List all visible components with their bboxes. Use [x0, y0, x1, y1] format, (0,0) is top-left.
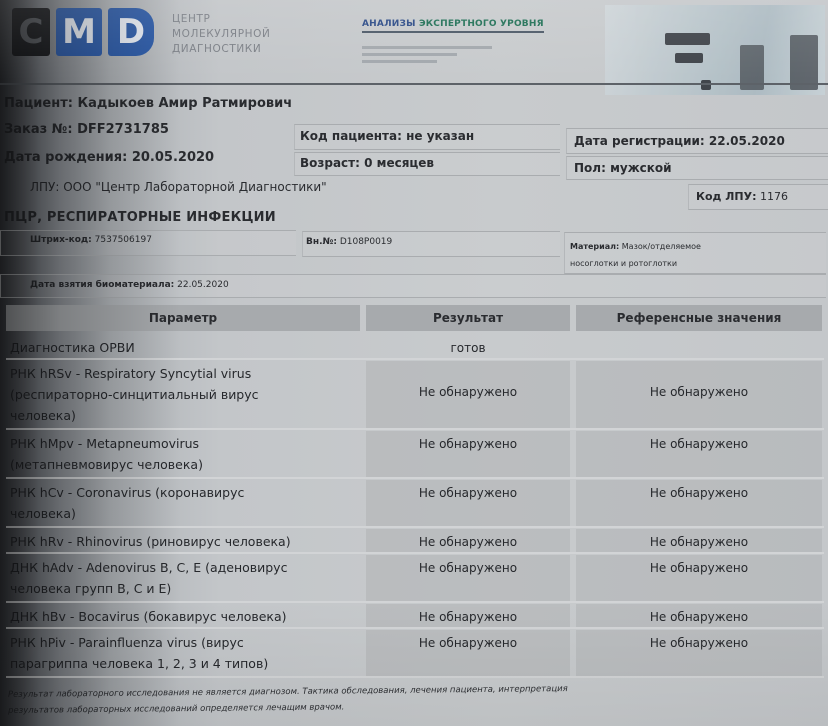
reference-cell: Не обнаружено — [576, 431, 822, 477]
sex-row: Пол: мужской — [574, 161, 672, 175]
reference-cell: Не обнаружено — [576, 604, 822, 627]
header-label: Референсные значения — [576, 305, 822, 331]
reference-cell: Не обнаружено — [576, 529, 822, 552]
contact-info-blurred — [362, 44, 492, 67]
lpu-label: ЛПУ: — [30, 180, 59, 194]
result-cell: Не обнаружено — [366, 630, 570, 676]
reference-cell: Не обнаружено — [576, 555, 822, 601]
material-label: Материал: — [570, 242, 619, 251]
table-row: РНК hRSv - Respiratory Syncytial virus(р… — [6, 361, 824, 428]
birth-date-label: Дата рождения: — [4, 150, 127, 165]
parameter-line: РНК hRSv - Respiratory Syncytial virus — [10, 363, 259, 384]
reference-cell: Не обнаружено — [576, 361, 822, 428]
result-cell: Не обнаружено — [366, 555, 570, 601]
reference-value: Не обнаружено — [576, 636, 822, 650]
parameter-cell: РНК hRSv - Respiratory Syncytial virus(р… — [6, 361, 360, 428]
reference-value: Не обнаружено — [576, 437, 822, 451]
parameter-name: Диагностика ОРВИ — [10, 337, 135, 358]
parameter-line: человека групп B, C и E) — [10, 578, 287, 599]
parameter-cell: Диагностика ОРВИ — [6, 335, 360, 358]
result-value: Не обнаружено — [366, 486, 570, 500]
table-header-parameter: Параметр — [6, 305, 360, 331]
parameter-cell: РНК hCv - Coronavirus (коронавирусчелове… — [6, 480, 360, 526]
parameter-name: РНК hRSv - Respiratory Syncytial virus(р… — [10, 363, 259, 426]
table-row: Диагностика ОРВИготов — [6, 335, 824, 358]
org-name-line: молекулярной — [172, 27, 270, 42]
parameter-name: РНК hPiv - Parainfluenza virus (вируспар… — [10, 632, 268, 674]
lpu-value: ООО "Центр Лабораторной Диагностики" — [63, 180, 326, 194]
parameter-cell: РНК hPiv - Parainfluenza virus (вируспар… — [6, 630, 360, 676]
internal-no-row: Вн.№: D108P0019 — [306, 237, 392, 247]
parameter-name: ДНК hAdv - Adenovirus B, C, E (аденовиру… — [10, 557, 287, 599]
parameter-line: Диагностика ОРВИ — [10, 337, 135, 358]
result-cell: Не обнаружено — [366, 480, 570, 526]
parameter-name: РНК hRv - Rhinovirus (риновирус человека… — [10, 531, 291, 552]
result-cell: готов — [366, 335, 570, 358]
parameter-line: человека) — [10, 405, 259, 426]
reference-cell: Не обнаружено — [576, 480, 822, 526]
sex-value: мужской — [610, 161, 671, 175]
material-row: Материал: Мазок/отделяемое носоглотки и … — [570, 238, 701, 272]
parameter-line: РНК hMpv - Metapneumovirus — [10, 433, 203, 454]
result-value: готов — [366, 341, 570, 355]
patient-code-label: Код пациента: — [300, 129, 402, 143]
table-row: ДНК hAdv - Adenovirus B, C, E (аденовиру… — [6, 555, 824, 601]
age-row: Возраст: 0 месяцев — [300, 156, 434, 170]
row-divider — [6, 552, 824, 554]
age-value: 0 месяцев — [364, 156, 434, 170]
result-cell: Не обнаружено — [366, 529, 570, 552]
patient-code-row: Код пациента: не указан — [300, 129, 474, 143]
disclaimer: Результат лабораторного исследования не … — [8, 681, 568, 719]
parameter-line: РНК hPiv - Parainfluenza virus (вирус — [10, 632, 268, 653]
patient-name-label: Пациент: — [4, 96, 73, 111]
row-divider — [6, 526, 824, 528]
row-divider — [6, 428, 824, 430]
org-name: Центр молекулярной диагностики — [172, 12, 270, 57]
row-divider — [6, 601, 824, 603]
header-label: Параметр — [6, 305, 360, 331]
row-divider — [6, 627, 824, 629]
reference-value: Не обнаружено — [576, 610, 822, 624]
sex-label: Пол: — [574, 161, 606, 175]
section-title: ПЦР, РЕСПИРАТОРНЫЕ ИНФЕКЦИИ — [4, 210, 276, 225]
sample-date-label: Дата взятия биоматериала: — [30, 280, 174, 290]
result-cell: Не обнаружено — [366, 431, 570, 477]
tagline: АНАЛИЗЫ ЭКСПЕРТНОГО УРОВНЯ — [362, 19, 544, 33]
parameter-name: ДНК hBv - Bocavirus (бокавирус человека) — [10, 606, 287, 627]
reference-cell — [576, 335, 822, 358]
birth-date-value: 20.05.2020 — [132, 150, 214, 165]
result-cell: Не обнаружено — [366, 361, 570, 428]
age-label: Возраст: — [300, 156, 360, 170]
registration-date-row: Дата регистрации: 22.05.2020 — [574, 134, 785, 148]
result-value: Не обнаружено — [366, 535, 570, 549]
parameter-line: человека) — [10, 503, 244, 524]
lpu-code-row: Код ЛПУ: 1176 — [696, 190, 788, 203]
cmd-logo: C M D — [12, 8, 154, 56]
table-row: РНК hCv - Coronavirus (коронавирусчелове… — [6, 480, 824, 526]
lpu-code-label: Код ЛПУ: — [696, 190, 756, 203]
table-row: РНК hPiv - Parainfluenza virus (вируспар… — [6, 630, 824, 676]
patient-name-row: Пациент: Кадыкоев Амир Ратмирович — [4, 96, 292, 111]
parameter-line: ДНК hAdv - Adenovirus B, C, E (аденовиру… — [10, 557, 287, 578]
table-header-result: Результат — [366, 305, 570, 331]
lpu-code-value: 1176 — [760, 190, 788, 203]
material-value-line1: Мазок/отделяемое — [622, 242, 701, 251]
result-value: Не обнаружено — [366, 636, 570, 650]
parameter-line: парагриппа человека 1, 2, 3 и 4 типов) — [10, 653, 268, 674]
parameter-cell: РНК hMpv - Metapneumovirus(метапневмовир… — [6, 431, 360, 477]
reference-value: Не обнаружено — [576, 486, 822, 500]
result-value: Не обнаружено — [366, 385, 570, 399]
barcode-label: Штрих-код: — [30, 235, 92, 245]
sample-date-value: 22.05.2020 — [177, 280, 229, 290]
row-divider — [6, 358, 824, 360]
parameter-line: (респираторно-синцитиальный вирус — [10, 384, 259, 405]
tagline-part1: АНАЛИЗЫ — [362, 19, 416, 29]
org-name-line: диагностики — [172, 42, 270, 57]
parameter-name: РНК hMpv - Metapneumovirus(метапневмовир… — [10, 433, 203, 475]
reference-value: Не обнаружено — [576, 561, 822, 575]
org-name-line: Центр — [172, 12, 270, 27]
order-number-value: DFF2731785 — [77, 122, 169, 137]
sample-date-row: Дата взятия биоматериала: 22.05.2020 — [30, 280, 229, 290]
patient-code-value: не указан — [406, 129, 474, 143]
result-cell: Не обнаружено — [366, 604, 570, 627]
table-row: РНК hMpv - Metapneumovirus(метапневмовир… — [6, 431, 824, 477]
material-value-line2: носоглотки и ротоглотки — [570, 255, 701, 272]
result-value: Не обнаружено — [366, 437, 570, 451]
result-value: Не обнаружено — [366, 610, 570, 624]
internal-no-label: Вн.№: — [306, 237, 337, 247]
logo-letter-m: M — [56, 8, 102, 56]
header-divider — [0, 83, 828, 85]
parameter-name: РНК hCv - Coronavirus (коронавирусчелове… — [10, 482, 244, 524]
parameter-line: РНК hRv - Rhinovirus (риновирус человека… — [10, 531, 291, 552]
parameter-line: РНК hCv - Coronavirus (коронавирус — [10, 482, 244, 503]
header-lab-photo — [605, 5, 825, 95]
barcode-value: 7537506197 — [95, 235, 152, 245]
tagline-part2: ЭКСПЕРТНОГО УРОВНЯ — [419, 19, 544, 29]
parameter-cell: ДНК hAdv - Adenovirus B, C, E (аденовиру… — [6, 555, 360, 601]
result-value: Не обнаружено — [366, 561, 570, 575]
table-header-reference: Референсные значения — [576, 305, 822, 331]
header-label: Результат — [366, 305, 570, 331]
parameter-line: ДНК hBv - Bocavirus (бокавирус человека) — [10, 606, 287, 627]
logo-letter-d: D — [108, 8, 154, 56]
logo-letter-c: C — [12, 8, 50, 56]
registration-date-label: Дата регистрации: — [574, 134, 705, 148]
birth-date-row: Дата рождения: 20.05.2020 — [4, 150, 214, 165]
order-number-row: Заказ №: DFF2731785 — [4, 122, 169, 137]
barcode-row: Штрих-код: 7537506197 — [30, 235, 152, 245]
order-number-label: Заказ №: — [4, 122, 73, 137]
row-divider — [6, 477, 824, 479]
row-divider — [6, 676, 824, 678]
patient-name-value: Кадыкоев Амир Ратмирович — [77, 96, 292, 111]
parameter-cell: ДНК hBv - Bocavirus (бокавирус человека) — [6, 604, 360, 627]
reference-value: Не обнаружено — [576, 535, 822, 549]
registration-date-value: 22.05.2020 — [709, 134, 785, 148]
table-row: ДНК hBv - Bocavirus (бокавирус человека)… — [6, 604, 824, 627]
table-row: РНК hRv - Rhinovirus (риновирус человека… — [6, 529, 824, 552]
lab-report-page: C M D Центр молекулярной диагностики АНА… — [0, 0, 828, 726]
lpu-row: ЛПУ: ООО "Центр Лабораторной Диагностики… — [30, 180, 327, 194]
parameter-cell: РНК hRv - Rhinovirus (риновирус человека… — [6, 529, 360, 552]
parameter-line: (метапневмовирус человека) — [10, 454, 203, 475]
reference-cell: Не обнаружено — [576, 630, 822, 676]
reference-value: Не обнаружено — [576, 385, 822, 399]
internal-no-value: D108P0019 — [340, 237, 392, 247]
